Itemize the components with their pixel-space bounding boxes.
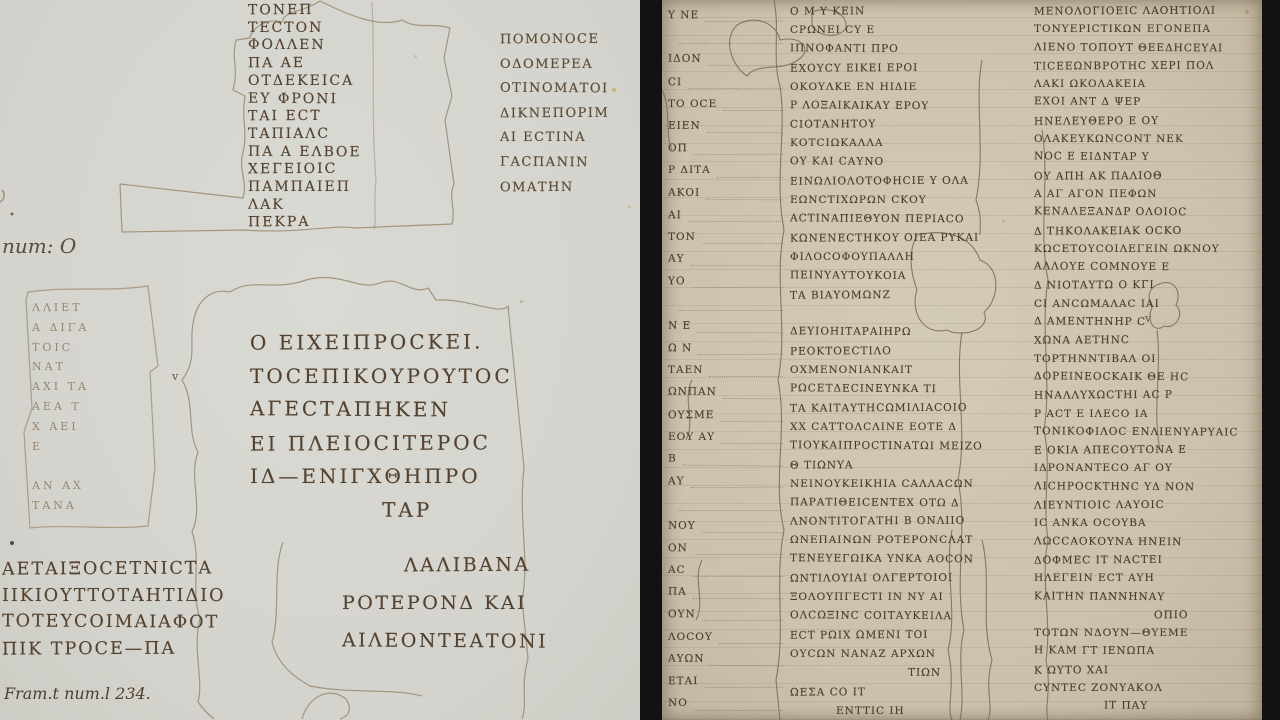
manuscript-text-line: ΛΙCΗΡΟCΚΤΗΝC ΥΔ ΝΟΝ	[1034, 477, 1260, 497]
manuscript-text-line: ΩΕΣΑ CΟ ΙΤ	[790, 682, 1032, 702]
manuscript-text-line: ΗΝΑΛΛΥΧΩCΤΗΙ ΑC Ρ	[1034, 386, 1260, 405]
manuscript-text-line: ΟΚΟΥΛΚΕ ΕΝ ΗΙΔΙΕ	[790, 78, 1032, 97]
manuscript-text-line: ΤΑΕΝ	[668, 359, 786, 381]
manuscript-text-line: ΠΟΜΟΝΟCΕ	[500, 28, 609, 53]
manuscript-text-line: ΑΥ	[668, 470, 786, 493]
manuscript-text-line: Ο ΕΙΧΕΙΠΡΟCΚΕΙ.	[250, 325, 513, 360]
manuscript-text-line: ΕΙΝΩΛΙΟΛΟΤΟΦΗCΙΕ Υ ΟΛΑ	[790, 172, 1032, 192]
manuscript-text-line: ΤΑΡ	[382, 493, 513, 527]
manuscript-scan: ΤΟΝΕΠΤΕCΤΟΝΦΟΛΛΕΝΠΑ ΑΕΟΤΔΕΚΕΙCΑΕΥ ΦΡΟΝΙΤ…	[0, 0, 1280, 720]
manuscript-text-line: ΤΟΡΤΗΝΝΤΙΒΑΛ ΟΙ	[1034, 350, 1260, 368]
divider-bar	[640, 0, 662, 720]
manuscript-text-line: ΠΑ ΑΕ	[248, 55, 362, 73]
manuscript-text-line: Α ΔΙΓΑ	[32, 318, 89, 338]
manuscript-text-line: ΤΙΩΝ	[908, 663, 1032, 683]
manuscript-text-line: ΛΙΕΝΟ ΤΟΠΟΥΤ ΘΕΕΔΗCΕΥΑΙ	[1034, 38, 1260, 58]
manuscript-text-line: ΤΟ ΟCΕ	[668, 93, 786, 115]
paper-speck	[628, 205, 631, 208]
manuscript-text-line: ΙΙΚΙΟΥΤΤΟΤΑΗΤΙΔΙΟ	[2, 583, 225, 610]
manuscript-text-line: ΦΟΛΛΕΝ	[248, 37, 362, 55]
manuscript-text-line: ΑΚΟΙ	[668, 181, 786, 204]
manuscript-text-line: ΛΛΙΕΤ	[32, 298, 89, 318]
manuscript-text-line: ΔΟΡΕΙΝΕΟCΚΑΙΚ ΘΕ ΗC	[1034, 367, 1260, 387]
manuscript-text-line: ΙΔ—ΕΝΙΓΧΘΗΠΡΟ	[250, 460, 513, 494]
manuscript-text-line: ΓΑCΠΑΝΙΝ	[500, 151, 609, 176]
manuscript-text-line: ΧΧ CΑΤΤΟΛCΛΙΝΕ ΕΟΤΕ Δ	[790, 418, 1032, 437]
manuscript-text-line: CΥΝΤΕC ΖΟΝΥΑΚΟΛ	[1034, 679, 1260, 697]
manuscript-text-line: ΚΕΝΑΛΕΞΑΝΔΡ ΟΛΟΙΟC	[1034, 203, 1260, 223]
manuscript-text-line: ΕΤΑΙ	[668, 670, 786, 693]
manuscript-text-line: Ο Μ Υ ΚΕΙΝ	[790, 1, 1032, 21]
manuscript-text-line: ΑΥΩΝ	[668, 648, 786, 671]
manuscript-text-line: ΝΟC Ε ΕΙΔΝΤΑΡ Υ	[1034, 148, 1260, 168]
manuscript-text-line: ΟΛΑΚΕΥΚΩΝCΟΝΤ ΝΕΚ	[1034, 130, 1260, 148]
right-right-column: ΜΕΝΟΛΟΓΙΟΕΙC ΛΑΟΗΤΙΟΛΙΤΟΝΥΕΡΙCΤΙΚΩΝ ΕΓΟΝ…	[1034, 2, 1260, 716]
manuscript-text-line: Ρ ΑCΤ Ε ΙΛΕCΟ ΙΑ	[1034, 405, 1260, 423]
manuscript-text-line: ΤΕCΤΟΝ	[248, 20, 362, 38]
manuscript-text-line	[668, 492, 786, 514]
manuscript-text-line: ΑCΤΙΝΑΠΙΕΘΥΟΝ ΠΕΡΙΑCΟ	[790, 209, 1032, 229]
manuscript-text-line: ΕCΤ ΡΩΙΧ ΩΜΕΝΙ ΤΟΙ	[790, 625, 1032, 645]
manuscript-text-line: ΙΔΟΝ	[668, 48, 786, 71]
manuscript-text-line: ΤΟΝ	[668, 226, 786, 248]
manuscript-text-line: ΑΙ	[668, 204, 786, 227]
manuscript-text-line: ΕΩΝCΤΙΧΩΡΩΝ CΚΟΥ	[790, 191, 1032, 210]
paper-speck	[1002, 220, 1005, 223]
manuscript-text-line: ΟΤΔΕΚΕΙCΑ	[248, 73, 362, 91]
manuscript-text-line: ΛΩCCΑΟΚΟΥΝΑ ΗΝΕΙΝ	[1034, 532, 1260, 552]
manuscript-text-line: ΕΙΕΝ	[668, 115, 786, 138]
manuscript-text-line: ΠΕΚΡΑ	[248, 214, 362, 232]
manuscript-text-line: ΤΙΟΥΚΑΙΠΡΟCΤΙΝΑΤΩΙ ΜΕΙΖΟ	[790, 436, 1032, 456]
manuscript-text-line: ΑΕΤΑΙΞΟCΕΤΝΙCΤΑ	[2, 555, 226, 583]
manuscript-text-line: ΩΝΤΙΛΟΥΙΑΙ ΟΛΓΕΡΤΟΙΟΙ	[790, 569, 1032, 589]
manuscript-text-line: ΤΑ ΒΙΑΥΟΜΩΝΖ	[790, 285, 1032, 305]
manuscript-text-line: ΚΩΝΕΝΕCΤΗΚΟΥ ΟΙΕΑ ΡΥΚΑΙ	[790, 228, 1032, 248]
manuscript-text-line: ΤΕΝΕΥΕΓΩΙΚΑ ΥΝΚΑ ΑΟCΟΝ	[790, 550, 1032, 570]
manuscript-text-line: Α ΑΓ ΑΓΟΝ ΠΕΦΩΝ	[1034, 185, 1260, 203]
manuscript-text-line: ΕΧΟΥCΥ ΕΙΚΕΙ ΕΡΟΙ	[790, 58, 1032, 78]
manuscript-text-line: ΕΙ ΠΛΕΙΟCΙΤΕΡΟC	[250, 426, 513, 461]
manuscript-text-line: ΜΕΝΟΛΟΓΙΟΕΙC ΛΑΟΗΤΙΟΛΙ	[1034, 1, 1260, 20]
manuscript-text-line	[668, 26, 786, 48]
manuscript-text-line: ΑΙ ΕCΤΙΝΑ	[500, 126, 609, 151]
manuscript-text-line: ΔΕΥΙΟΗΙΤΑΡΑΙΗΡΩ	[790, 323, 1032, 343]
manuscript-text-line: ΝΟΥ	[668, 514, 786, 537]
manuscript-text-line: ΝΕΙΝΟΥΚΕΙΚΗΙΑ CΑΛΛΑCΩΝ	[790, 475, 1032, 494]
manuscript-text-line: Υ ΝΕ	[668, 4, 786, 27]
manuscript-text-line: ΤΟΤΩΝ ΝΔΟΥΝ—ΘΥΕΜΕ	[1034, 624, 1260, 642]
right-edge-bar	[1262, 0, 1280, 720]
manuscript-text-line: ΤΟΤΕΥCΟΙΜΑΙΑΦΟΤ	[2, 608, 226, 636]
manuscript-text-line: ΩΝΠΑΝ	[668, 381, 786, 404]
manuscript-text-line: ΙC ΑΝΚΑ ΟCΟΥΒΑ	[1034, 514, 1260, 532]
manuscript-text-line: Ν Ε	[668, 314, 786, 337]
manuscript-text-line: ΟΥ ΑΠΗ ΑΚ ΠΑΛΙΟΘ	[1034, 166, 1260, 185]
manuscript-text-line: ΤΑΝΑ	[32, 496, 89, 516]
paper-speck	[1245, 10, 1249, 14]
manuscript-text-line: ΩΝΕΠΑΙΝΩΝ ΡΟΤΕΡΟΝCΛΑΤ	[790, 531, 1032, 550]
caret-mark: v	[172, 370, 178, 383]
manuscript-text-line: ΤΟΙC	[32, 337, 89, 357]
manuscript-text-line: ΟΔΟΜΕΡΕΑ	[500, 53, 609, 78]
caret-mark: v	[1145, 312, 1151, 325]
manuscript-text-line: ΑΝ ΑΧ	[32, 476, 89, 496]
manuscript-text-line: ΟΛCΩΞΙΝC CΟΙΤΑΥΚΕΙΛΑ	[790, 606, 1032, 626]
manuscript-text-line: ΔΙΚΝΕΠΟΡΙΜ	[500, 101, 609, 126]
manuscript-text-line: ΛΑΚ	[248, 196, 362, 214]
manuscript-text-line: ΚΟΤCΙΩΚΑΛΛΑ	[790, 134, 1032, 153]
manuscript-text-line: CΙΟΤΑΝΗΤΟΥ	[790, 115, 1032, 135]
manuscript-text-line: ΛΑΛΙΒΑΝΑ	[404, 546, 548, 585]
manuscript-page-right: Υ ΝΕ ΙΔΟΝCΙΤΟ ΟCΕΕΙΕΝΟΠΡ ΔΙΤΑΑΚΟΙΑΙΤΟΝΑΥ…	[662, 0, 1262, 720]
manuscript-text-line: ΛΟCΟΥ	[668, 626, 786, 648]
manuscript-text-line	[790, 305, 1032, 324]
manuscript-text-line: ΝΑΤ	[32, 357, 89, 377]
manuscript-text-line: ΑΥ	[668, 248, 786, 271]
manuscript-text-line: ΟΥCΩΝ ΝΑΝΑΖ ΑΡΧΩΝ	[790, 645, 1032, 664]
manuscript-text-line: CΙ ΑΝCΩΜΑΛΑC ΙΑΙ	[1034, 295, 1260, 313]
left-top-right-column: ΠΟΜΟΝΟCΕΟΔΟΜΕΡΕΑΟΤΙΝΟΜΑΤΟΙΔΙΚΝΕΠΟΡΙΜΑΙ Ε…	[500, 28, 609, 200]
manuscript-text-line: ΟΠ	[668, 137, 786, 160]
manuscript-text-line: ΤΟΝΥΕΡΙCΤΙΚΩΝ ΕΓΟΝΕΠΑ	[1034, 20, 1260, 38]
manuscript-text-line: Δ ΤΗΚΟΛΑΚΕΙΑΚ ΟCΚΟ	[1034, 221, 1260, 240]
manuscript-text-line	[32, 456, 89, 476]
paper-speck	[414, 55, 417, 58]
manuscript-text-line: ΠΙΚ ΤΡΟCΕ—ΠΑ	[2, 635, 226, 663]
manuscript-text-line: ΑΕΑ Τ	[32, 397, 89, 417]
manuscript-text-line: ΡΩCΕΤΔΕCΙΝΕΥΝΚΑ ΤΙ	[790, 379, 1032, 399]
manuscript-text-line: ΟΜΑΤΗΝ	[500, 175, 609, 200]
manuscript-text-line: ΕΥ ΦΡΟΝΙ	[248, 90, 362, 108]
manuscript-text-line: ΤΑΠΙΑΛC	[248, 126, 362, 144]
paper-speck	[10, 541, 14, 545]
manuscript-text-line: ΠΑΜΠΑΙΕΠ	[248, 179, 362, 197]
manuscript-text-line: Θ ΤΙΩΝΥΑ	[790, 455, 1032, 475]
manuscript-text-line: Ε ΟΚΙΑ ΑΠΕCΟΥΤΟΝΑ Ε	[1034, 441, 1260, 460]
left-bottom-block: ΑΕΤΑΙΞΟCΕΤΝΙCΤΑΙΙΚΙΟΥΤΤΟΤΑΗΤΙΔΙΟΤΟΤΕΥCΟΙ…	[2, 556, 225, 662]
manuscript-text-line: ΑΙΛΕΟΝΤΕΑΤΟΝΙ	[342, 621, 548, 660]
manuscript-text-line: ΕΟΥ ΑΥ	[668, 426, 786, 448]
manuscript-text-line: ΟΥ ΚΑΙ CΑΥΝΟ	[790, 153, 1032, 173]
manuscript-text-line: ΥΟ	[668, 270, 786, 293]
manuscript-text-line: ΡΟΤΕΡΟΝΔ ΚΑΙ	[342, 584, 548, 622]
manuscript-text-line: ΤΟΝΕΠ	[248, 2, 362, 20]
manuscript-text-line: Κ ΩΥΤΟ ΧΑΙ	[1034, 660, 1260, 679]
manuscript-text-line: CΡΩΝΕΙ CΥ Ε	[790, 21, 1032, 40]
manuscript-text-line: ΙΤ ΠΑΥ	[1104, 697, 1260, 716]
left-top-column: ΤΟΝΕΠΤΕCΤΟΝΦΟΛΛΕΝΠΑ ΑΕΟΤΔΕΚΕΙCΑΕΥ ΦΡΟΝΙΤ…	[248, 2, 362, 232]
paper-speck	[520, 300, 523, 303]
manuscript-text-line: Ρ ΔΙΤΑ	[668, 159, 786, 181]
manuscript-text-line: ΛΝΟΝΤΙΤΟΓΑΤΗΙ Β ΟΝΛΙΙΟ	[790, 512, 1032, 532]
manuscript-text-line: ΤΑ ΚΑΙΤΑΥΤΗCΩΜΙΛΙΑCΟΙΟ	[790, 398, 1032, 418]
fragment-series-label: num: O	[2, 234, 76, 258]
manuscript-text-line: ΤΙCΕΕΩΝΒΡΟΤΗC ΧΕΡΙ ΠΟΛ	[1034, 56, 1260, 75]
manuscript-text-line: ΟΠΙΟ	[1154, 606, 1260, 625]
paper-speck	[612, 88, 616, 92]
left-small-fragment-column: ΛΛΙΕΤΑ ΔΙΓΑΤΟΙCΝΑΤΑΧΙ ΤΑΑΕΑ ΤΧ ΑΕΙΕ ΑΝ Α…	[32, 298, 89, 516]
manuscript-text-line: ΙΠΝΟΦΑΝΤΙ ΠΡΟ	[790, 39, 1032, 59]
manuscript-text-line: ΟΧΜΕΝΟΝΙΑΝΚΑΙΤ	[790, 361, 1032, 380]
manuscript-text-line: Χ ΑΕΙ	[32, 417, 89, 437]
manuscript-text-line: ΠΕΙΝΥΑΥΤΟΥΚΟΙΑ	[790, 266, 1032, 286]
manuscript-text-line: ΟΥΣΜΕ	[668, 403, 786, 426]
manuscript-text-line: ΙΔΡΟΝΑΝΤΕCΟ ΑΓ ΟΥ	[1034, 459, 1260, 477]
manuscript-text-line: ΛΑΚΙ ΩΚΟΛΑΚΕΙΑ	[1034, 75, 1260, 93]
manuscript-text-line: ΠΑΡΑΤΙΘΕΙCΕΝΤΕΧ ΟΤΩ Δ	[790, 493, 1032, 513]
manuscript-text-line: ΤΑΙ ΕCΤ	[248, 108, 362, 126]
manuscript-text-line: ΑΓΕCΤΑΠΗΚΕΝ	[250, 392, 513, 427]
manuscript-text-line: ΟΥΝ	[668, 603, 786, 626]
manuscript-text-line: ΤΟCΕΠΙΚΟΥΡΟΥΤΟC	[250, 360, 513, 394]
manuscript-text-line: ΤΟΝΙΚΟΦΙΛΟC ΕΝΛΙΕΝΥΑΡΥΑΙC	[1034, 422, 1260, 442]
manuscript-page-left: ΤΟΝΕΠΤΕCΤΟΝΦΟΛΛΕΝΠΑ ΑΕΟΤΔΕΚΕΙCΑΕΥ ΦΡΟΝΙΤ…	[0, 0, 640, 720]
right-center-column: Ο Μ Υ ΚΕΙΝCΡΩΝΕΙ CΥ ΕΙΠΝΟΦΑΝΤΙ ΠΡΟΕΧΟΥCΥ…	[790, 2, 1032, 720]
manuscript-text-line: ΦΙΛΟCΟΦΟΥΠΑΛΛΗ	[790, 248, 1032, 267]
manuscript-text-line: ΠΑ	[668, 581, 786, 604]
left-lower-right-block: ΛΑΛΙΒΑΝΑΡΟΤΕΡΟΝΔ ΚΑΙΑΙΛΕΟΝΤΕΑΤΟΝΙ	[342, 546, 548, 660]
manuscript-text-line: ΚΩCΕΤΟΥCΟΙΛΕΓΕΙΝ ΩΚΝΟΥ	[1034, 240, 1260, 258]
manuscript-text-line: ΑΛΛΟΥΕ CΟΜΝΟΥΕ Ε	[1034, 257, 1260, 277]
manuscript-text-line: ΠΑ Α ΕΛΒΟΕ	[248, 143, 362, 161]
manuscript-text-line: ΟΤΙΝΟΜΑΤΟΙ	[500, 77, 609, 102]
manuscript-text-line: ΑΧΙ ΤΑ	[32, 377, 89, 397]
manuscript-text-line: Ε	[32, 437, 89, 457]
manuscript-text-line: ΝΟ	[668, 692, 786, 714]
manuscript-text-line: ΚΑΙΤΗΝ ΠΑΝΝΗΝΑΥ	[1034, 587, 1260, 607]
manuscript-text-line: ΕΝΤΤΙC ΙΗ	[836, 702, 1032, 720]
manuscript-text-line: ΔΟΦΜΕC ΙΤ ΝΑCΤΕΙ	[1034, 550, 1260, 569]
manuscript-text-line: Ρ ΛΟΞΑΙΚΑΙΚΑΥ ΕΡΟΥ	[790, 96, 1032, 116]
manuscript-text-line: ΞΟΛΟΥΠΓΕCΤΙ ΙΝ ΝΥ ΑΙ	[790, 588, 1032, 607]
manuscript-text-line: ΗΛΕΓΕΙΝ ΕCΤ ΑΥΗ	[1034, 569, 1260, 587]
fragment-number-note: Fram.t num.l 234.	[4, 684, 151, 703]
manuscript-text-line: ΡΕΟΚΤΟΕCΤΙΛΟ	[790, 342, 1032, 362]
manuscript-text-line: ΟΝ	[668, 537, 786, 560]
manuscript-text-line: Δ ΝΙΟΤΑΥΤΩ Ο ΚΓΙ	[1034, 276, 1260, 295]
manuscript-text-line	[668, 293, 786, 315]
manuscript-text-line: Ω Ν	[668, 337, 786, 360]
left-main-text-block: Ο ΕΙΧΕΙΠΡΟCΚΕΙ.ΤΟCΕΠΙΚΟΥΡΟΥΤΟCΑΓΕCΤΑΠΗΚΕ…	[250, 326, 513, 527]
manuscript-text-line: Β	[668, 448, 786, 471]
right-margin-column: Υ ΝΕ ΙΔΟΝCΙΤΟ ΟCΕΕΙΕΝΟΠΡ ΔΙΤΑΑΚΟΙΑΙΤΟΝΑΥ…	[668, 4, 786, 715]
manuscript-text-line: ΧΕΓΕΙΟΙC	[248, 161, 362, 179]
manuscript-text-line: ΑC	[668, 559, 786, 581]
manuscript-text-line: ΧΩΝΑ ΑΕΤΗΝC	[1034, 331, 1260, 350]
manuscript-text-line: ΗΝΕΛΕΥΘΕΡΟ Ε ΟΥ	[1034, 111, 1260, 130]
manuscript-text-line: Η ΚΑΜ ΓΤ ΙΕΝΩΠΑ	[1034, 642, 1260, 662]
manuscript-text-line: CΙ	[668, 70, 786, 93]
manuscript-text-line: ΛΙΕΥΝΤΙΟΙC ΛΑΥΟΙC	[1034, 495, 1260, 514]
manuscript-text-line: ΕΧΟΙ ΑΝΤ Δ ΨΕΡ	[1034, 93, 1260, 113]
